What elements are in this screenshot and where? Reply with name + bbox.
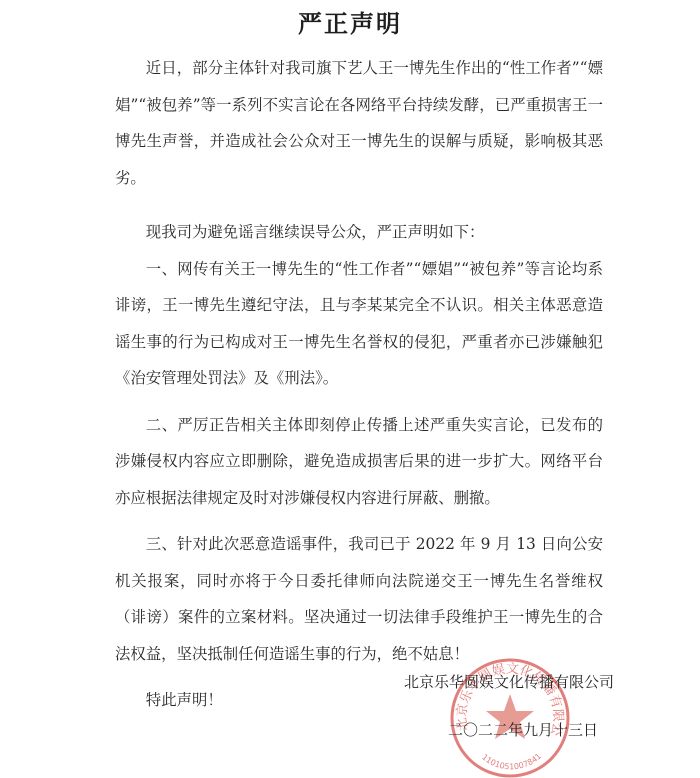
signature-company: 北京乐华圆娱文化传播有限公司 xyxy=(404,671,614,692)
paragraph-point-one: 一、网传有关王一博先生的“性工作者”“嫖娼”“被包养”等言论均系诽谤，王一博先生… xyxy=(115,251,603,397)
statement-body: 近日，部分主体针对我司旗下艺人王一博先生作出的“性工作者”“嫖娼”“被包养”等一… xyxy=(115,50,603,719)
signature-date: 二〇二二年九月十三日 xyxy=(448,719,598,740)
paragraph-point-three: 三、针对此次恶意造谣事件，我司已于 2022 年 9 月 13 日向公安机关报案… xyxy=(115,526,603,672)
document-title: 严正声明 xyxy=(0,4,700,39)
paragraph-point-two: 二、严厉正告相关主体即刻停止传播上述严重失实言论，已发布的涉嫌侵权内容应立即删除… xyxy=(115,407,603,517)
svg-text:1101051007841: 1101051007841 xyxy=(480,752,543,772)
seal-number: 1101051007841 xyxy=(480,752,543,772)
paragraph-declaration-lead: 现我司为避免谣言继续误导公众，严正声明如下： xyxy=(115,214,603,251)
paragraph-intro: 近日，部分主体针对我司旗下艺人王一博先生作出的“性工作者”“嫖娼”“被包养”等一… xyxy=(115,50,603,196)
